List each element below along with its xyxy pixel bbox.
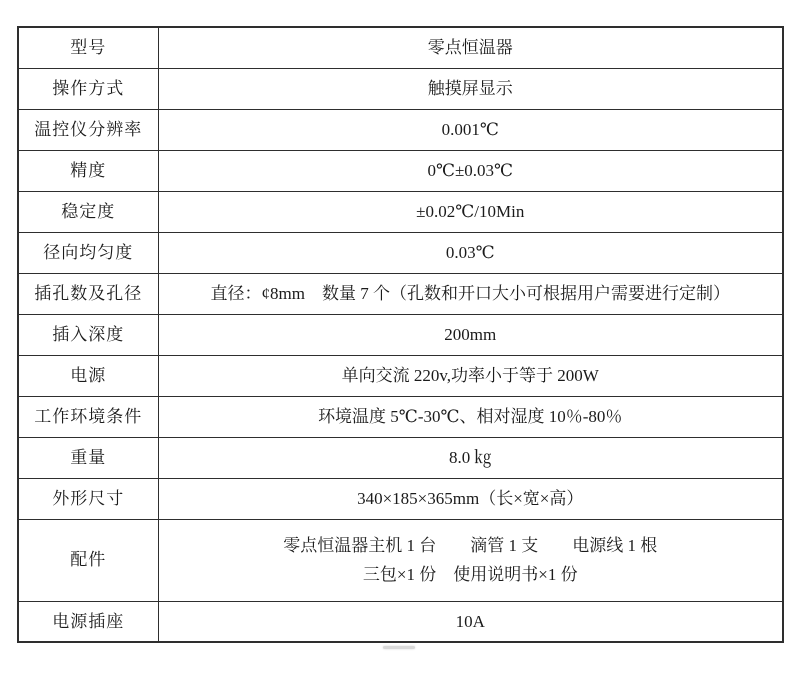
spec-value-text: 触摸屏显示 <box>428 79 513 98</box>
spec-table-row: 电源插座 10A <box>18 601 783 642</box>
spec-value-text: 8.0 ㎏ <box>449 448 492 467</box>
spec-label-text: 插入深度 <box>52 325 124 344</box>
spec-value-text: 0.001℃ <box>442 120 499 139</box>
spec-value-cell: 0.001℃ <box>158 109 783 150</box>
spec-value-text: 200mm <box>444 325 496 344</box>
spec-label-text: 电源 <box>70 366 106 385</box>
spec-label-text: 插孔数及孔径 <box>34 284 142 303</box>
spec-table-row: 稳定度 ±0.02℃/10Min <box>18 191 783 232</box>
spec-value-text: 340×185×365mm（长×宽×高） <box>357 489 583 508</box>
spec-value-text: 环境温度 5℃-30℃、相对湿度 10％-80％ <box>318 407 622 426</box>
spec-label-cell: 电源 <box>18 355 158 396</box>
spec-table-row: 插入深度 200mm <box>18 314 783 355</box>
spec-value-line: 零点恒温器主机 1 台 滴管 1 支 电源线 1 根 <box>165 531 777 560</box>
spec-label-text: 电源插座 <box>52 612 124 631</box>
spec-value-cell: 单向交流 220v,功率小于等于 200W <box>158 355 783 396</box>
spec-label-cell: 精度 <box>18 150 158 191</box>
product-spec-table: 型号 零点恒温器 操作方式 触摸屏显示 温控仪分辨率 0.001℃ 精度 0℃±… <box>17 26 784 643</box>
spec-label-cell: 重量 <box>18 437 158 478</box>
spec-value-cell: 8.0 ㎏ <box>158 437 783 478</box>
spec-value-cell: 零点恒温器主机 1 台 滴管 1 支 电源线 1 根三包×1 份 使用说明书×1… <box>158 519 783 601</box>
spec-label-cell: 配件 <box>18 519 158 601</box>
spec-value-cell: 0.03℃ <box>158 232 783 273</box>
spec-label-cell: 型号 <box>18 27 158 68</box>
spec-label-text: 型号 <box>70 38 106 57</box>
spec-value-text: ±0.02℃/10Min <box>416 202 524 221</box>
spec-table-row: 精度 0℃±0.03℃ <box>18 150 783 191</box>
spec-value-text: 单向交流 220v,功率小于等于 200W <box>342 366 599 385</box>
spec-label-cell: 电源插座 <box>18 601 158 642</box>
scan-artifact <box>383 646 415 649</box>
spec-value-cell: 触摸屏显示 <box>158 68 783 109</box>
spec-table-body: 型号 零点恒温器 操作方式 触摸屏显示 温控仪分辨率 0.001℃ 精度 0℃±… <box>18 27 783 642</box>
spec-value-cell: 零点恒温器 <box>158 27 783 68</box>
spec-value-text: 10A <box>456 612 485 631</box>
spec-label-cell: 稳定度 <box>18 191 158 232</box>
spec-value-text: 直径：¢8mm 数量 7 个（孔数和开口大小可根据用户需要进行定制） <box>211 284 730 303</box>
spec-table-row: 温控仪分辨率 0.001℃ <box>18 109 783 150</box>
spec-label-text: 温控仪分辨率 <box>34 120 142 139</box>
spec-value-cell: ±0.02℃/10Min <box>158 191 783 232</box>
spec-value-cell: 环境温度 5℃-30℃、相对湿度 10％-80％ <box>158 396 783 437</box>
spec-label-cell: 插入深度 <box>18 314 158 355</box>
spec-label-text: 操作方式 <box>52 79 124 98</box>
spec-value-text: 零点恒温器 <box>428 38 513 57</box>
spec-value-cell: 200mm <box>158 314 783 355</box>
spec-label-cell: 工作环境条件 <box>18 396 158 437</box>
spec-value-text: 0.03℃ <box>446 243 495 262</box>
spec-label-text: 工作环境条件 <box>34 407 142 426</box>
spec-table-row: 插孔数及孔径 直径：¢8mm 数量 7 个（孔数和开口大小可根据用户需要进行定制… <box>18 273 783 314</box>
spec-table-row: 型号 零点恒温器 <box>18 27 783 68</box>
spec-table-row: 工作环境条件 环境温度 5℃-30℃、相对湿度 10％-80％ <box>18 396 783 437</box>
spec-table-row: 电源 单向交流 220v,功率小于等于 200W <box>18 355 783 396</box>
spec-table-row: 径向均匀度 0.03℃ <box>18 232 783 273</box>
spec-label-text: 配件 <box>70 550 106 569</box>
spec-value-cell: 0℃±0.03℃ <box>158 150 783 191</box>
spec-value-cell: 10A <box>158 601 783 642</box>
spec-label-cell: 径向均匀度 <box>18 232 158 273</box>
spec-label-cell: 外形尺寸 <box>18 478 158 519</box>
spec-label-cell: 温控仪分辨率 <box>18 109 158 150</box>
spec-label-text: 重量 <box>70 448 106 467</box>
spec-label-cell: 插孔数及孔径 <box>18 273 158 314</box>
spec-table-row: 外形尺寸 340×185×365mm（长×宽×高） <box>18 478 783 519</box>
spec-label-text: 稳定度 <box>61 202 115 221</box>
spec-table-row: 重量 8.0 ㎏ <box>18 437 783 478</box>
spec-value-line: 三包×1 份 使用说明书×1 份 <box>165 560 777 589</box>
spec-value-text: 0℃±0.03℃ <box>427 161 513 180</box>
spec-label-cell: 操作方式 <box>18 68 158 109</box>
spec-label-text: 精度 <box>70 161 106 180</box>
spec-value-cell: 340×185×365mm（长×宽×高） <box>158 478 783 519</box>
spec-label-text: 径向均匀度 <box>43 243 133 262</box>
spec-label-text: 外形尺寸 <box>52 489 124 508</box>
spec-value-cell: 直径：¢8mm 数量 7 个（孔数和开口大小可根据用户需要进行定制） <box>158 273 783 314</box>
spec-table-row: 配件 零点恒温器主机 1 台 滴管 1 支 电源线 1 根三包×1 份 使用说明… <box>18 519 783 601</box>
spec-table-row: 操作方式 触摸屏显示 <box>18 68 783 109</box>
